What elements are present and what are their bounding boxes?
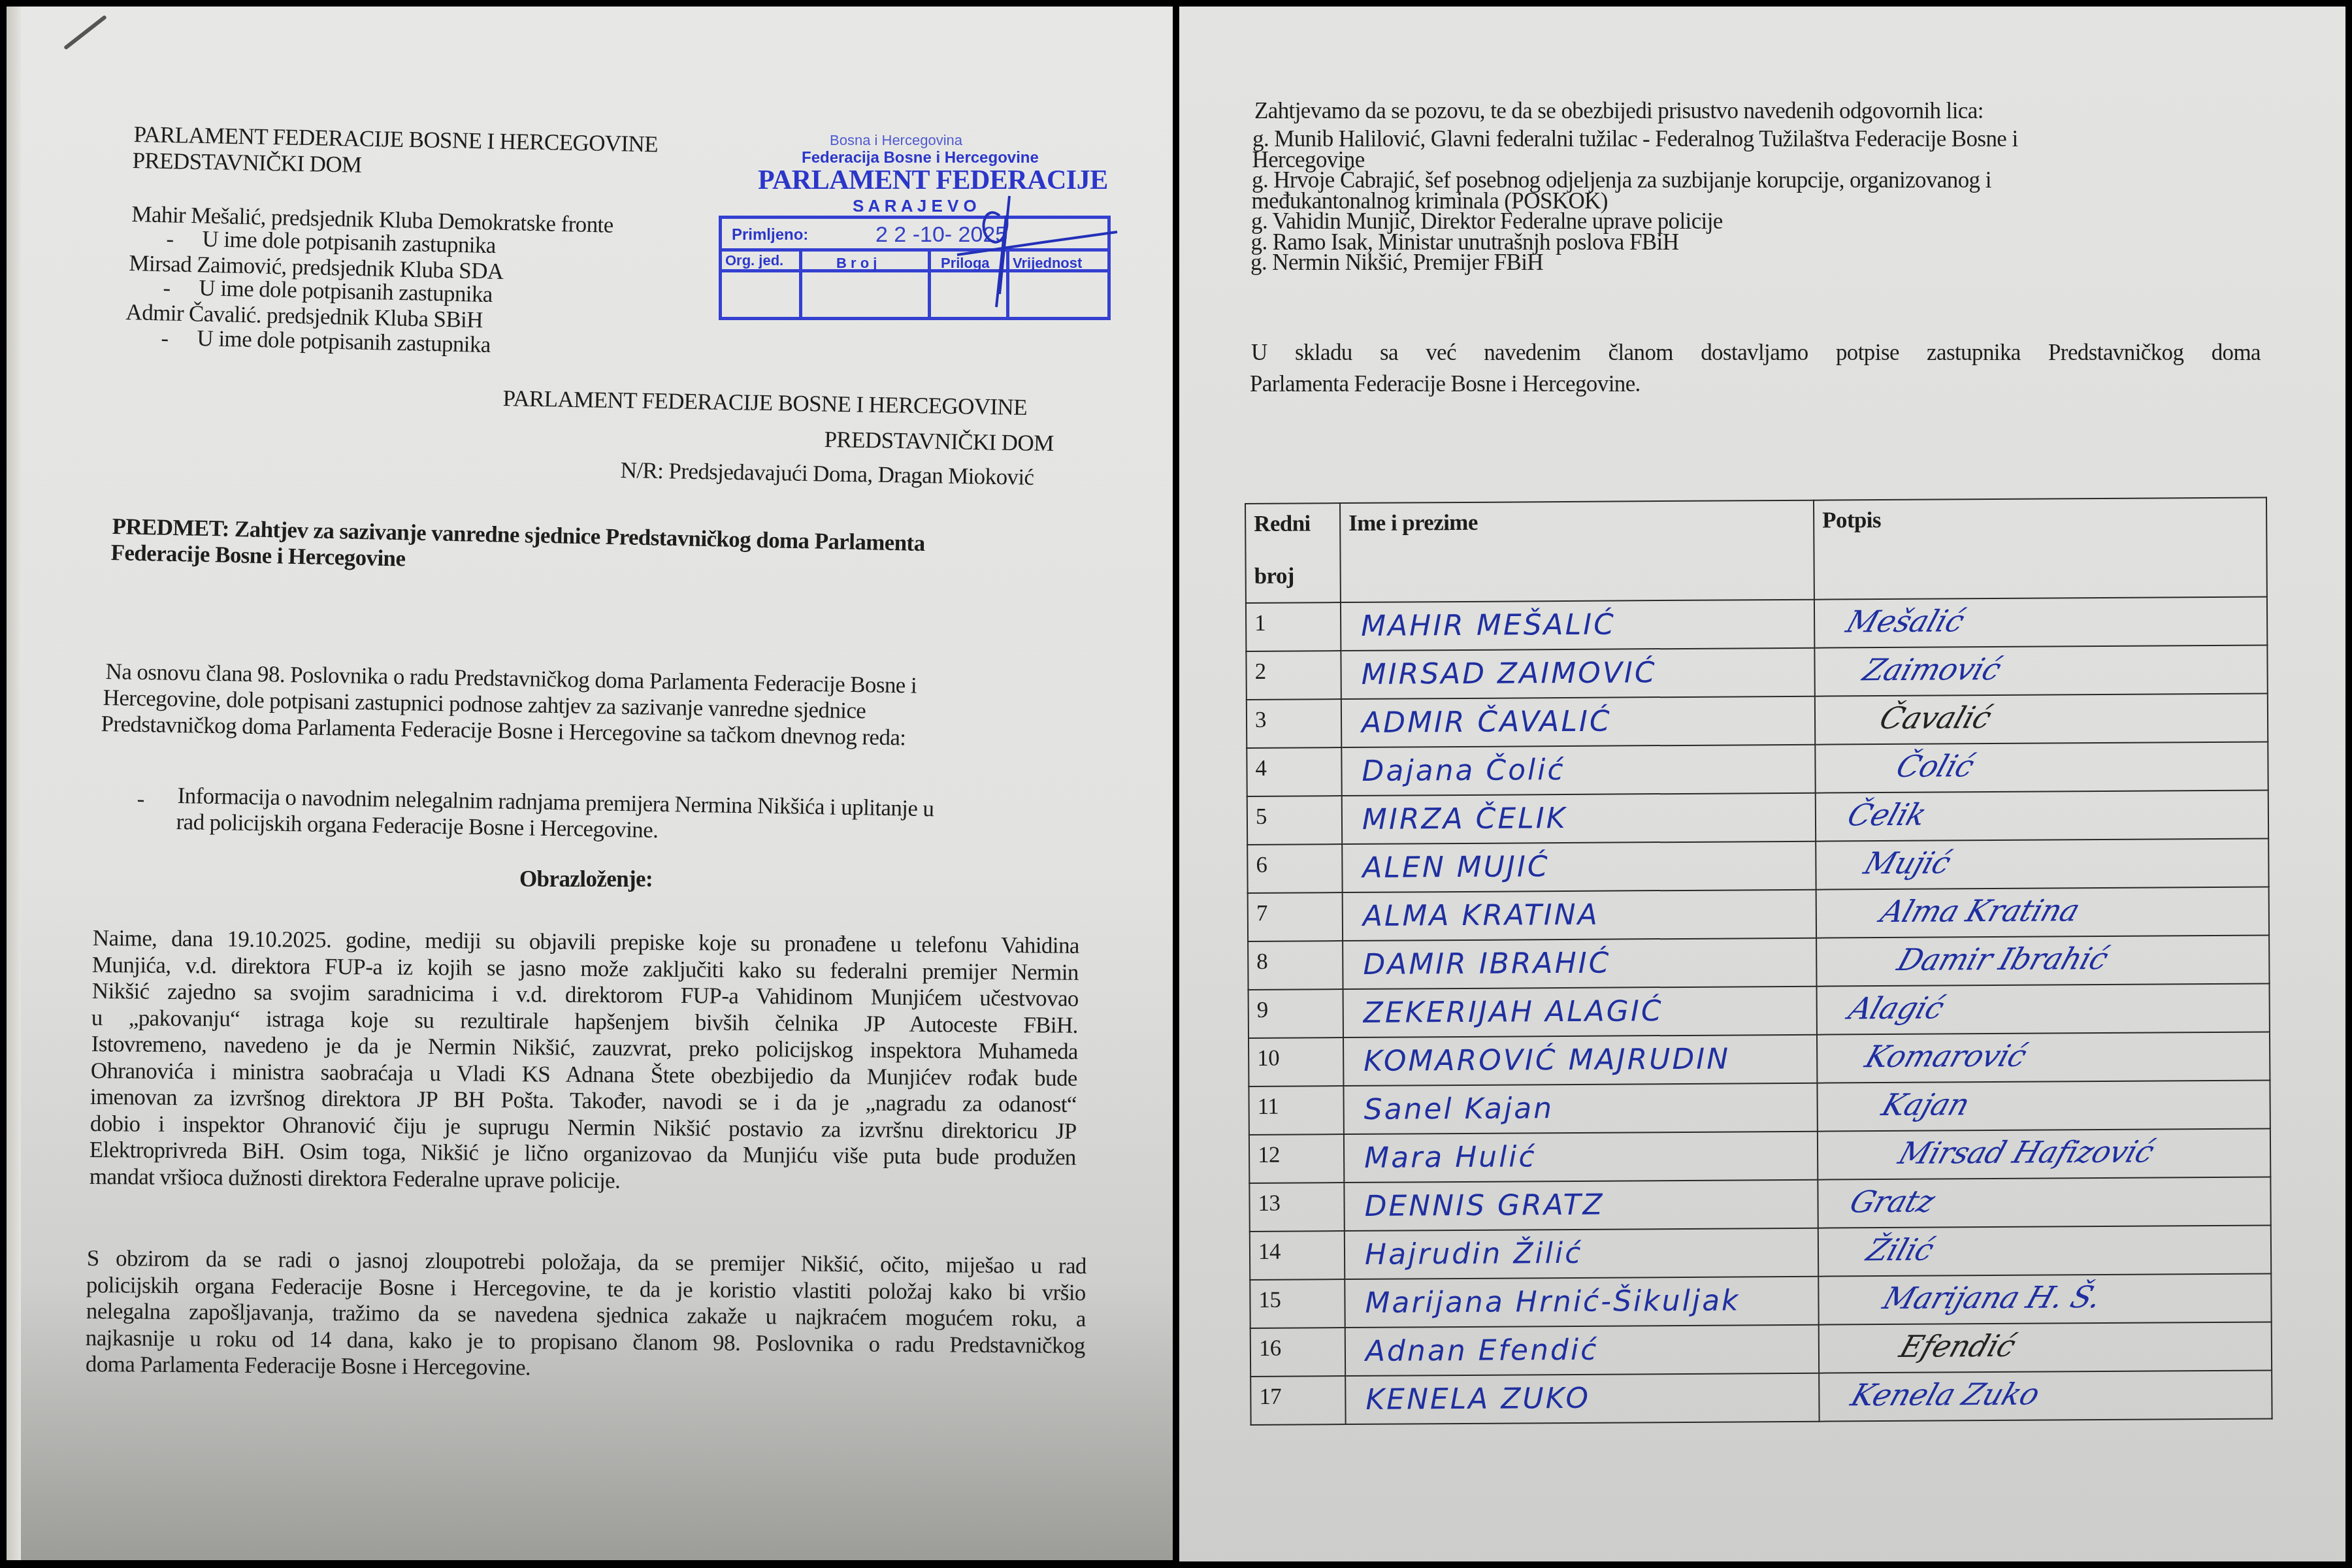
received-stamp: Bosna i Hercegovina Federacija Bosne i H… bbox=[715, 131, 1114, 327]
signature-cell: Kajan bbox=[1817, 1080, 2270, 1131]
handwritten-name-cell: ALEN MUJIĆ bbox=[1342, 841, 1816, 892]
signature-cell: Marijana H. Š. bbox=[1818, 1273, 2271, 1324]
handwritten-name-cell: Sanel Kajan bbox=[1343, 1083, 1817, 1134]
page-edge-shadow bbox=[7, 7, 21, 1560]
handwritten-name-cell: MIRSAD ZAIMOVIĆ bbox=[1341, 648, 1814, 699]
signature-cell: Gratz bbox=[1818, 1177, 2270, 1228]
table-header-row: Redni broj Ime i prezime Potpis bbox=[1245, 497, 2267, 603]
signature: Gratz bbox=[1846, 1184, 1939, 1220]
stamp-received-label: Primljeno: bbox=[732, 226, 808, 244]
signature-cell: Efendić bbox=[1819, 1322, 2272, 1373]
signature: Damir Ibrahić bbox=[1893, 941, 2113, 977]
signature: Marijana H. Š. bbox=[1879, 1279, 2106, 1316]
subject-line-2: Federacije Bosne i Hercegovine bbox=[110, 541, 405, 570]
signature: Žilić bbox=[1862, 1232, 1938, 1268]
handwritten-name: Hajrudin Žilić bbox=[1365, 1237, 1583, 1271]
closing-line-2: Parlamenta Federacije Bosne i Hercegovin… bbox=[1250, 372, 1641, 395]
table-row: 2MIRSAD ZAIMOVIĆZaimović bbox=[1246, 645, 2267, 700]
closing-line-1: U skladu sa već navedenim članom dostavl… bbox=[1251, 341, 2261, 364]
handwritten-name-cell: MIRZA ČELIK bbox=[1342, 793, 1816, 844]
document-page-1: PARLAMENT FEDERACIJE BOSNE I HERCEGOVINE… bbox=[7, 7, 1173, 1560]
signature-cell: Čolić bbox=[1815, 742, 2268, 792]
signature: Efendić bbox=[1895, 1328, 2019, 1364]
request-intro: Zahtjevamo da se pozovu, te da se obezbi… bbox=[1254, 99, 1984, 122]
row-number: 15 bbox=[1250, 1279, 1345, 1328]
row-number: 14 bbox=[1250, 1231, 1345, 1280]
handwritten-name-cell: Dajana Čolić bbox=[1341, 745, 1815, 796]
stamp-line-1: Bosna i Hercegovina bbox=[830, 132, 962, 149]
handwritten-name: DAMIR IBRAHIĆ bbox=[1363, 947, 1610, 981]
table-row: 9ZEKERIJAH ALAGIĆAlagić bbox=[1249, 983, 2270, 1038]
row-number: 16 bbox=[1250, 1328, 1345, 1377]
row-number: 6 bbox=[1247, 844, 1342, 893]
signature-cell: Zaimović bbox=[1814, 645, 2267, 696]
signature: Kenela Zuko bbox=[1847, 1377, 2044, 1413]
handwritten-name-cell: Hajrudin Žilić bbox=[1345, 1228, 1818, 1279]
row-number: 17 bbox=[1250, 1376, 1345, 1425]
handwritten-name-cell: Mara Hulić bbox=[1344, 1132, 1818, 1183]
signature: Zaimović bbox=[1859, 651, 2005, 687]
handwritten-name: Adnan Efendić bbox=[1365, 1333, 1599, 1368]
signature: Čelik bbox=[1843, 797, 1931, 833]
handwritten-name-cell: ZEKERIJAH ALAGIĆ bbox=[1343, 987, 1817, 1037]
stamp-col-org: Org. jed. bbox=[725, 252, 783, 269]
handwritten-name-cell: ADMIR ČAVALIĆ bbox=[1341, 696, 1815, 747]
document-page-2: Zahtjevamo da se pozovu, te da se obezbi… bbox=[1179, 7, 2345, 1561]
row-number: 7 bbox=[1248, 892, 1343, 941]
stamp-initials-signature bbox=[938, 176, 1120, 320]
signature-cell: Mujić bbox=[1816, 838, 2268, 889]
row-number: 8 bbox=[1248, 941, 1343, 990]
row-number: 2 bbox=[1246, 651, 1341, 700]
handwritten-name-cell: Marijana Hrnić-Šikuljak bbox=[1345, 1277, 1818, 1328]
sender-1-bullet: - bbox=[166, 227, 174, 250]
table-row: 7ALMA KRATINAAlma Kratina bbox=[1248, 887, 2269, 941]
table-row: 5MIRZA ČELIKČelik bbox=[1247, 790, 2268, 845]
signature: Kajan bbox=[1878, 1086, 1974, 1122]
handwritten-name: ADMIR ČAVALIĆ bbox=[1362, 705, 1612, 740]
table-row: 14Hajrudin ŽilićŽilić bbox=[1250, 1225, 2271, 1280]
handwritten-name: MIRSAD ZAIMOVIĆ bbox=[1361, 656, 1656, 691]
handwritten-name: DENNIS GRATZ bbox=[1364, 1188, 1604, 1223]
row-number: 9 bbox=[1249, 989, 1343, 1038]
handwritten-name: Marijana Hrnić-Šikuljak bbox=[1365, 1284, 1740, 1320]
sender-3-note: U ime dole potpisanih zastupnika bbox=[197, 327, 491, 356]
row-number: 10 bbox=[1249, 1037, 1343, 1086]
table-row: 17KENELA ZUKOKenela Zuko bbox=[1250, 1370, 2272, 1425]
sender-3-bullet: - bbox=[161, 327, 169, 350]
signature-table: Redni broj Ime i prezime Potpis 1MAHIR M… bbox=[1245, 497, 2273, 1426]
signature: Mešalić bbox=[1842, 603, 1969, 639]
table-row: 8DAMIR IBRAHIĆDamir Ibrahić bbox=[1248, 935, 2269, 990]
signature-cell: Alma Kratina bbox=[1816, 887, 2269, 938]
row-number: 1 bbox=[1246, 602, 1341, 651]
table-row: 10KOMAROVIĆ MAJRUDINKomarović bbox=[1249, 1032, 2270, 1086]
signature-cell: Kenela Zuko bbox=[1819, 1370, 2272, 1421]
table-row: 12Mara HulićMirsad Hafizović bbox=[1249, 1128, 2270, 1183]
table-row: 15Marijana Hrnić-ŠikuljakMarijana H. Š. bbox=[1250, 1273, 2271, 1328]
table-row: 11Sanel KajanKajan bbox=[1249, 1080, 2270, 1135]
signature-cell: Čavalić bbox=[1815, 693, 2268, 744]
signature-cell: Mirsad Hafizović bbox=[1818, 1128, 2270, 1179]
signature-cell: Alagić bbox=[1817, 983, 2270, 1034]
row-number: 12 bbox=[1249, 1134, 1344, 1183]
table-row: 4Dajana ČolićČolić bbox=[1247, 742, 2268, 796]
handwritten-name: MAHIR MEŠALIĆ bbox=[1361, 608, 1616, 643]
header-line-2: PREDSTAVNIČKI DOM bbox=[132, 149, 362, 176]
stamp-col-broj: B r o j bbox=[836, 255, 877, 272]
header-signature: Potpis bbox=[1814, 497, 2267, 599]
signature-cell: Mešalić bbox=[1814, 596, 2267, 647]
recipient-line-3: N/R: Predsjedavajući Doma, Dragan Miokov… bbox=[620, 459, 1034, 489]
recipient-line-2: PREDSTAVNIČKI DOM bbox=[824, 428, 1054, 455]
row-number: 3 bbox=[1247, 699, 1341, 748]
explanation-heading: Obrazloženje: bbox=[519, 868, 653, 890]
handwritten-name: ZEKERIJAH ALAGIĆ bbox=[1364, 994, 1663, 1030]
official-line-1: g. Munib Halilović, Glavni federalni tuž… bbox=[1252, 127, 2018, 150]
signature-cell: Komarović bbox=[1817, 1032, 2270, 1083]
handwritten-name-cell: Adnan Efendić bbox=[1345, 1325, 1819, 1376]
header-name: Ime i prezime bbox=[1340, 500, 1814, 602]
agenda-bullet: - bbox=[137, 787, 144, 810]
signature-cell: Žilić bbox=[1818, 1225, 2271, 1276]
table-row: 6ALEN MUJIĆMujić bbox=[1247, 838, 2268, 893]
handwritten-name: Mara Hulić bbox=[1364, 1140, 1537, 1175]
signature: Mirsad Hafizović bbox=[1894, 1134, 2158, 1170]
explanation-p2-line-5: doma Parlamenta Federacije Bosne i Herce… bbox=[85, 1352, 531, 1379]
handwritten-name: KOMAROVIĆ MAJRUDIN bbox=[1364, 1042, 1730, 1077]
signature: Mujić bbox=[1860, 845, 1955, 881]
handwritten-name: ALMA KRATINA bbox=[1363, 898, 1599, 933]
explanation-p1-line-10: mandat vršioca dužnosti direktora Federa… bbox=[89, 1165, 620, 1192]
row-number: 13 bbox=[1249, 1183, 1344, 1232]
staple-mark bbox=[63, 15, 107, 50]
row-number: 5 bbox=[1247, 796, 1342, 845]
handwritten-name: Dajana Čolić bbox=[1362, 753, 1565, 788]
signature-cell: Čelik bbox=[1816, 790, 2268, 841]
handwritten-name: KENELA ZUKO bbox=[1365, 1382, 1590, 1416]
signature: Čolić bbox=[1892, 748, 1978, 784]
header-redni-broj: Redni broj bbox=[1245, 503, 1341, 603]
signature-cell: Damir Ibrahić bbox=[1816, 935, 2269, 986]
table-row: 3ADMIR ČAVALIĆČavalić bbox=[1247, 693, 2268, 748]
table-row: 1MAHIR MEŠALIĆMešalić bbox=[1246, 596, 2267, 651]
signature: Komarović bbox=[1861, 1038, 2031, 1075]
row-number: 4 bbox=[1247, 747, 1341, 796]
handwritten-name: Sanel Kajan bbox=[1364, 1092, 1554, 1126]
official-line-7: g. Nermin Nikšić, Premijer FBiH bbox=[1250, 251, 1543, 274]
handwritten-name: ALEN MUJIĆ bbox=[1362, 850, 1549, 885]
handwritten-name-cell: ALMA KRATINA bbox=[1343, 890, 1816, 941]
signature: Čavalić bbox=[1875, 700, 1995, 736]
recipient-line-1: PARLAMENT FEDERACIJE BOSNE I HERCEGOVINE bbox=[502, 387, 1027, 419]
handwritten-name-cell: MAHIR MEŠALIĆ bbox=[1341, 600, 1814, 651]
sender-2-bullet: - bbox=[163, 276, 171, 299]
handwritten-name-cell: DAMIR IBRAHIĆ bbox=[1343, 938, 1816, 989]
row-number: 11 bbox=[1249, 1086, 1343, 1135]
handwritten-name-cell: KOMAROVIĆ MAJRUDIN bbox=[1343, 1035, 1817, 1086]
table-row: 13DENNIS GRATZGratz bbox=[1249, 1177, 2270, 1232]
table-row: 16Adnan EfendićEfendić bbox=[1250, 1322, 2272, 1377]
handwritten-name: MIRZA ČELIK bbox=[1362, 802, 1567, 836]
signature: Alagić bbox=[1844, 990, 1948, 1026]
handwritten-name-cell: KENELA ZUKO bbox=[1345, 1373, 1819, 1424]
handwritten-name-cell: DENNIS GRATZ bbox=[1344, 1180, 1818, 1231]
signature: Alma Kratina bbox=[1876, 892, 2084, 929]
